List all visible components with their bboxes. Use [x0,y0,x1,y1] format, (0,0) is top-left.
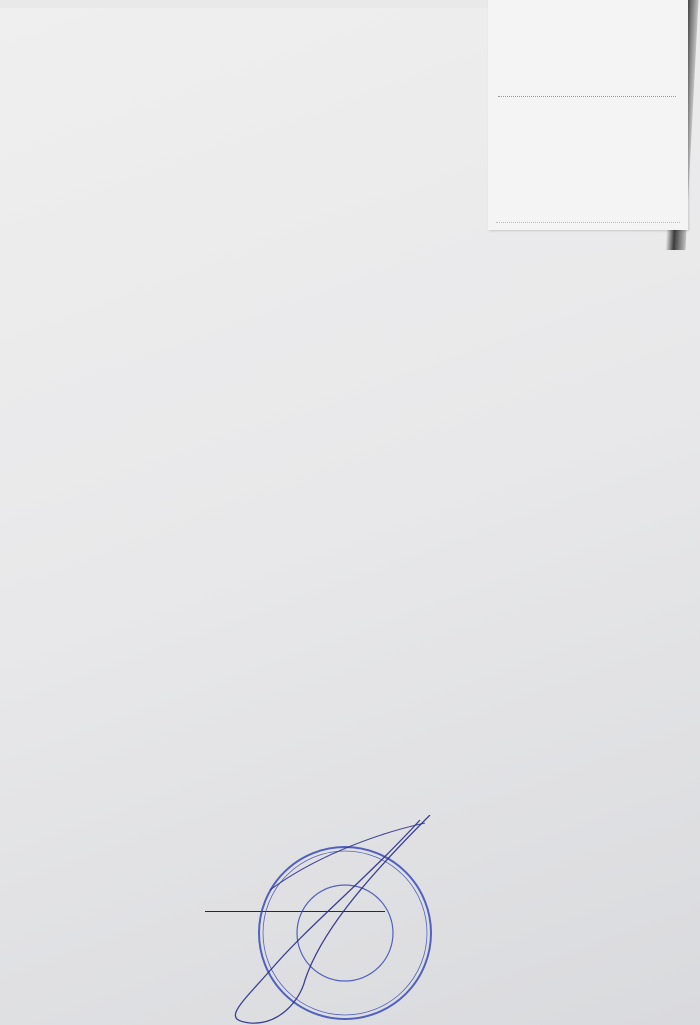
cash-receipt [488,0,688,230]
handwritten-signature [180,815,480,1025]
receipt-qr-code [592,136,656,200]
receipt-divider [498,96,676,97]
receipt-tear-edge [496,222,680,223]
